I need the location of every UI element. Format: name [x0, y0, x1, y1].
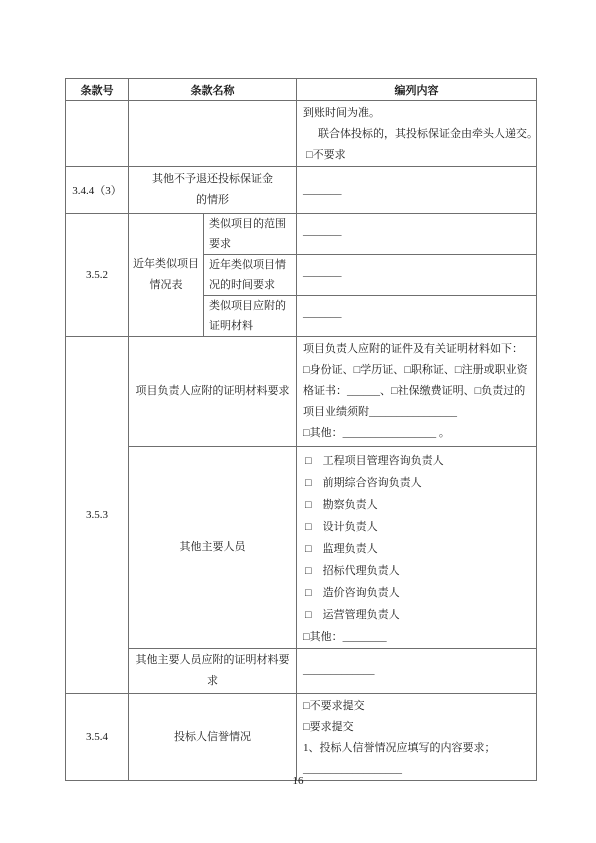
sub-clause-name-line: 要求	[209, 234, 296, 254]
clause-table: 条款号 条款名称 编列内容 到账时间为准。 联合体投标的，其投标保证金由牵头人递…	[65, 78, 537, 781]
content-cell: □ 工程项目管理咨询负责人 □ 前期综合咨询负责人 □ 勘察负责人 □ 设计负责…	[297, 447, 537, 649]
content-line: 到账时间为准。	[303, 103, 536, 124]
checkbox-option: □ 工程项目管理咨询负责人	[303, 450, 536, 472]
content-line: 1、投标人信誉情况应填写的内容要求；	[303, 738, 536, 759]
blank-underline: _______	[303, 266, 536, 278]
sub-clause-name-cell: 近年类似项目情 况的时间要求	[204, 255, 297, 296]
sub-clause-name-cell: 类似项目应附的 证明材料	[204, 296, 297, 337]
column-header-clause-no: 条款号	[66, 79, 129, 101]
clause-name-line: 项目负责人应附的证明材料要求	[129, 381, 296, 402]
row-3-5-4: 3.5.4 投标人信誉情况 □不要求提交 □要求提交 1、投标人信誉情况应填写的…	[66, 694, 537, 781]
clause-name-line: 求	[129, 671, 296, 692]
content-cell: 到账时间为准。 联合体投标的，其投标保证金由牵头人递交。 □不要求	[297, 101, 537, 167]
table-header-row: 条款号 条款名称 编列内容	[66, 79, 537, 101]
checkbox-option: □ 招标代理负责人	[303, 560, 536, 582]
content-cell: □不要求提交 □要求提交 1、投标人信誉情况应填写的内容要求； ________…	[297, 694, 537, 781]
content-line: 联合体投标的，其投标保证金由牵头人递交。	[303, 124, 536, 145]
content-line: 项目业绩须附________________	[303, 402, 536, 423]
row-3-4-4-3: 3.4.4（3） 其他不予退还投标保证金 的情形 _______	[66, 167, 537, 214]
column-header-clause-name: 条款名称	[129, 79, 297, 101]
sub-clause-name-line: 类似项目的范围	[209, 214, 296, 234]
blank-underline: _______	[303, 225, 536, 237]
checkbox-option: □ 监理负责人	[303, 538, 536, 560]
blank-underline: _______	[303, 307, 536, 319]
content-line: 格证书：______、□社保缴费证明、□负责过的	[303, 381, 536, 402]
clause-name-cell: 其他不予退还投标保证金 的情形	[129, 167, 297, 214]
clause-name-cell	[129, 101, 297, 167]
column-header-content: 编列内容	[297, 79, 537, 101]
content-cell: _______	[297, 296, 537, 337]
sub-clause-name-line: 证明材料	[209, 316, 296, 336]
clause-no-cell	[66, 101, 129, 167]
checkbox-option: □ 造价咨询负责人	[303, 582, 536, 604]
content-cell: _____________	[297, 649, 537, 694]
sub-clause-name-line: 况的时间要求	[209, 275, 296, 295]
content-cell: _______	[297, 167, 537, 214]
clause-name-line: 其他主要人员应附的证明材料要	[129, 650, 296, 671]
clause-no-cell: 3.5.3	[66, 337, 129, 694]
sub-clause-name-cell: 类似项目的范围 要求	[204, 214, 297, 255]
content-line: □身份证、□学历证、□职称证、□注册或职业资	[303, 360, 536, 381]
blank-underline: _____________	[303, 664, 536, 676]
checkbox-option: □不要求提交	[303, 696, 536, 717]
content-line: 项目负责人应附的证件及有关证明材料如下：	[303, 339, 536, 360]
sub-clause-name-line: 类似项目应附的	[209, 296, 296, 316]
checkbox-option: □ 前期综合咨询负责人	[303, 472, 536, 494]
content-cell: _______	[297, 214, 537, 255]
clause-name-line: 其他不予退还投标保证金	[129, 169, 296, 190]
row-3-5-3-staff-docs: 其他主要人员应附的证明材料要 求 _____________	[66, 649, 537, 694]
checkbox-option: □ 设计负责人	[303, 516, 536, 538]
content-cell: _______	[297, 255, 537, 296]
clause-name-line: 的情形	[129, 190, 296, 211]
content-cell: 项目负责人应附的证件及有关证明材料如下： □身份证、□学历证、□职称证、□注册或…	[297, 337, 537, 447]
clause-name-line: 近年类似项目	[129, 254, 203, 275]
clause-name-line: 其他主要人员	[129, 537, 296, 558]
row-3-5-3-staff: 其他主要人员 □ 工程项目管理咨询负责人 □ 前期综合咨询负责人 □ 勘察负责人…	[66, 447, 537, 649]
checkbox-option: □其他：_________________ 。	[303, 423, 536, 444]
clause-name-line: 投标人信誉情况	[129, 727, 296, 748]
clause-no-cell: 3.4.4（3）	[66, 167, 129, 214]
document-page: 条款号 条款名称 编列内容 到账时间为准。 联合体投标的，其投标保证金由牵头人递…	[0, 0, 596, 843]
clause-name-cell: 投标人信誉情况	[129, 694, 297, 781]
clause-no-cell: 3.5.2	[66, 214, 129, 337]
checkbox-option: □ 勘察负责人	[303, 494, 536, 516]
row-3-5-3-manager: 3.5.3 项目负责人应附的证明材料要求 项目负责人应附的证件及有关证明材料如下…	[66, 337, 537, 447]
row-carryover: 到账时间为准。 联合体投标的，其投标保证金由牵头人递交。 □不要求	[66, 101, 537, 167]
clause-name-line: 情况表	[129, 275, 203, 296]
clause-name-cell: 其他主要人员应附的证明材料要 求	[129, 649, 297, 694]
checkbox-option: □ 运营管理负责人	[303, 604, 536, 626]
checkbox-option: □不要求	[303, 145, 536, 166]
clause-name-cell: 项目负责人应附的证明材料要求	[129, 337, 297, 447]
clause-no-cell: 3.5.4	[66, 694, 129, 781]
blank-underline: _______	[303, 184, 536, 196]
clause-name-cell: 近年类似项目 情况表	[129, 214, 204, 337]
checkbox-option: □要求提交	[303, 717, 536, 738]
page-number: 16	[0, 775, 596, 787]
checkbox-option: □其他：________	[303, 626, 536, 648]
clause-name-cell: 其他主要人员	[129, 447, 297, 649]
row-3-5-2-sub1: 3.5.2 近年类似项目 情况表 类似项目的范围 要求 _______	[66, 214, 537, 255]
sub-clause-name-line: 近年类似项目情	[209, 255, 296, 275]
